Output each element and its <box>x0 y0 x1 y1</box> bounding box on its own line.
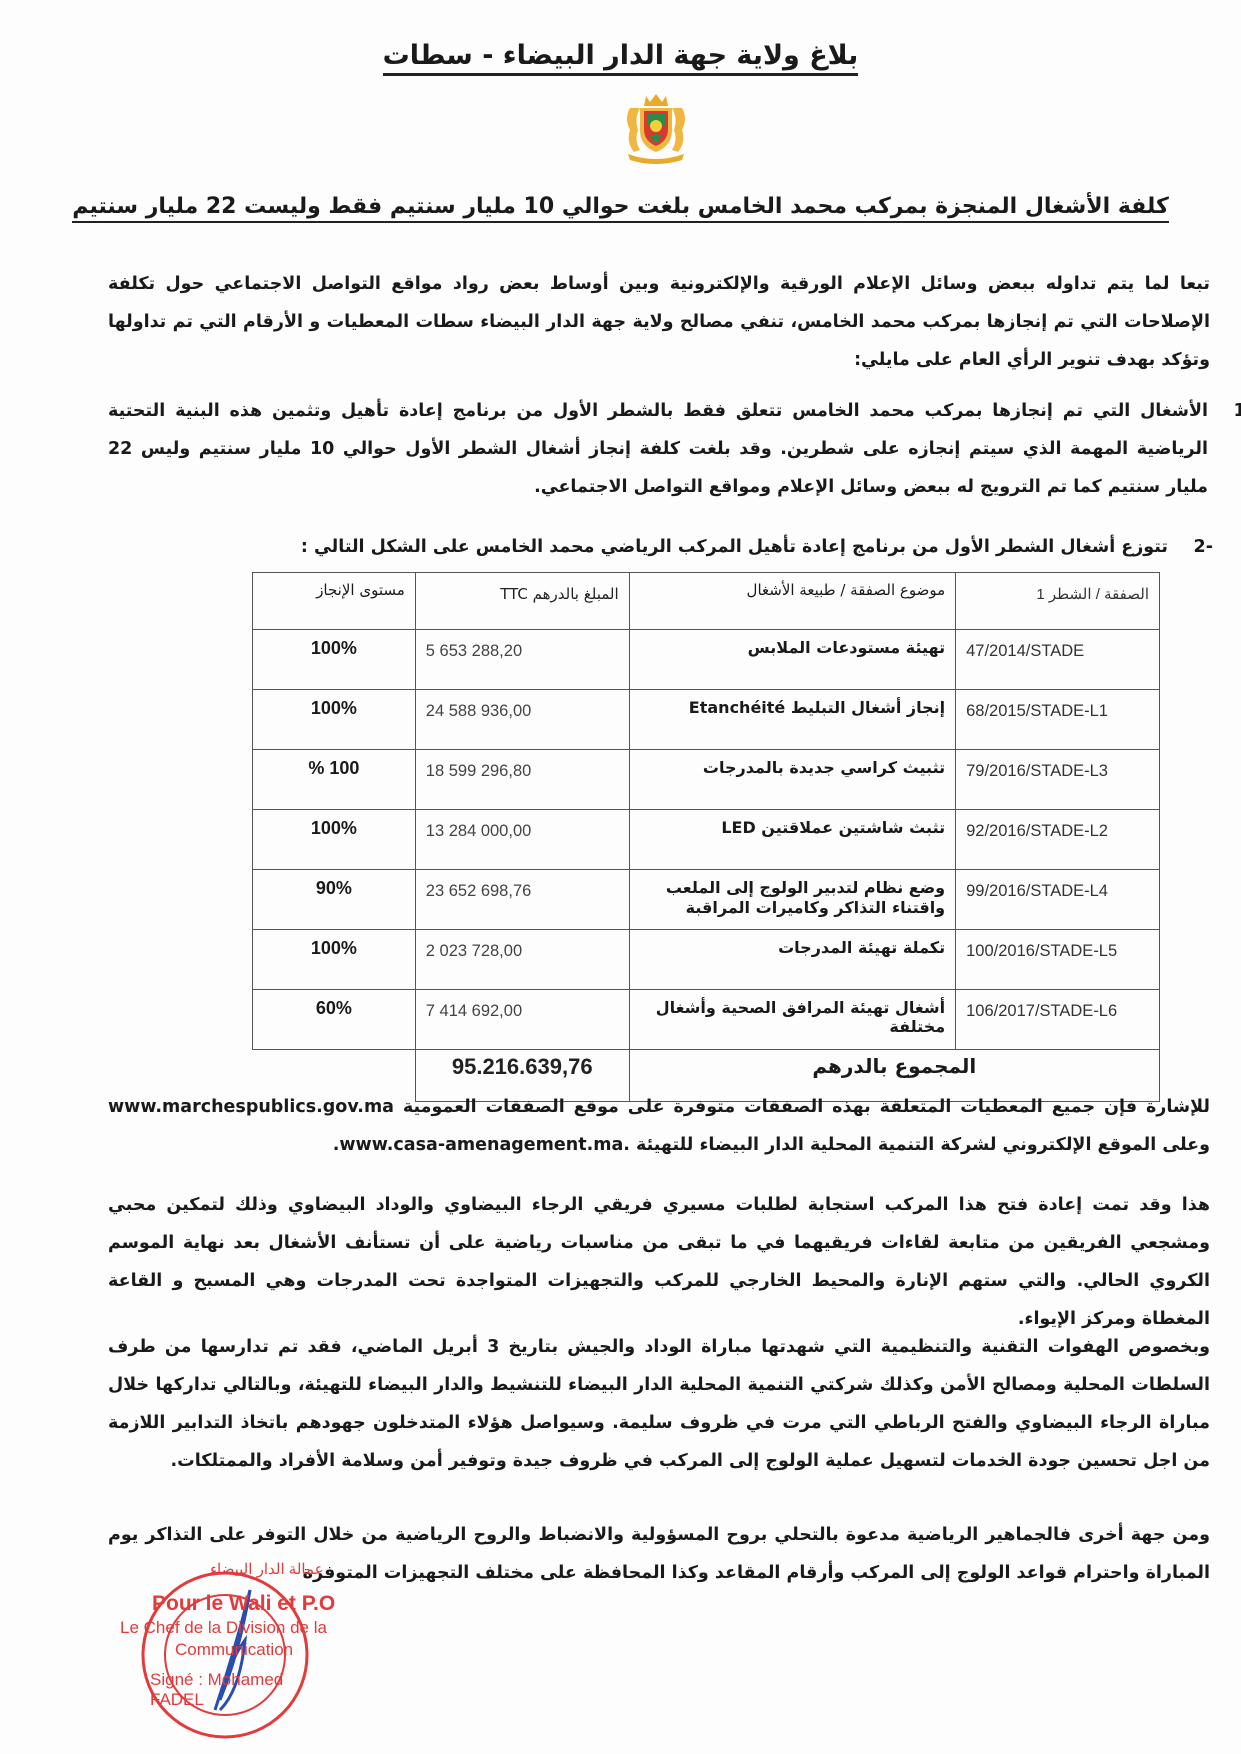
cell-progress: 60% <box>253 990 416 1050</box>
cell-subject: أشغال تهيئة المرافق الصحية وأشغال مختلفة <box>629 990 955 1050</box>
cell-subject: تثبيث كراسي جديدة بالمدرجات <box>629 750 955 810</box>
cell-subject: تكملة تهيئة المدرجات <box>629 930 955 990</box>
organization-paragraph: وبخصوص الهفوات التقنية والتنظيمية التي ش… <box>108 1328 1210 1480</box>
header-ref: الصفقة / الشطر 1 <box>956 573 1160 630</box>
table-row: 47/2014/STADE تهيئة مستودعات الملابس 5 6… <box>253 630 1160 690</box>
point-1-text: الأشغال التي تم إنجازها بمركب محمد الخام… <box>108 401 1208 497</box>
cell-amount: 13 284 000,00 <box>415 810 629 870</box>
cell-progress: 100% <box>253 630 416 690</box>
cell-progress: 100 % <box>253 750 416 810</box>
document-subtitle: كلفة الأشغال المنجزة بمركب محمد الخامس ب… <box>0 194 1241 219</box>
point-2-number: -2 <box>1194 528 1213 566</box>
official-stamp: عمالة الدار البيضاء Pour le Wali et P.O … <box>120 1560 340 1750</box>
document-subtitle-text: كلفة الأشغال المنجزة بمركب محمد الخامس ب… <box>72 194 1169 223</box>
table-row: 79/2016/STADE-L3 تثبيث كراسي جديدة بالمد… <box>253 750 1160 810</box>
cell-subject: إنجاز أشغال التبليط Etanchéité <box>629 690 955 750</box>
cell-progress: 90% <box>253 870 416 930</box>
cell-subject: وضع نظام لتدبير الولوج إلى الملعب واقتنا… <box>629 870 955 930</box>
header-progress: مستوى الإنجاز <box>253 573 416 630</box>
cell-ref: 68/2015/STADE-L1 <box>956 690 1160 750</box>
table-row: 68/2015/STADE-L1 إنجاز أشغال التبليط Eta… <box>253 690 1160 750</box>
point-1-number: -1 <box>1234 392 1241 430</box>
document-title: بلاغ ولاية جهة الدار البيضاء - سطات <box>0 40 1241 71</box>
header-subject: موضوع الصفقة / طبيعة الأشغال <box>629 573 955 630</box>
cell-amount: 2 023 728,00 <box>415 930 629 990</box>
point-1: -1 الأشغال التي تم إنجازها بمركب محمد ال… <box>108 392 1208 506</box>
document-title-text: بلاغ ولاية جهة الدار البيضاء - سطات <box>383 40 859 76</box>
header-amount: المبلغ بالدرهم TTC <box>415 573 629 630</box>
intro-paragraph: تبعا لما يتم تداوله ببعض وسائل الإعلام ا… <box>108 265 1210 379</box>
coat-of-arms-icon <box>616 88 696 168</box>
table-row: 92/2016/STADE-L2 تثبث شاشتين عملاقتين LE… <box>253 810 1160 870</box>
stamp-line-1: Pour le Wali et P.O <box>152 1592 335 1616</box>
table-row: 106/2017/STADE-L6 أشغال تهيئة المرافق ال… <box>253 990 1160 1050</box>
cell-amount: 7 414 692,00 <box>415 990 629 1050</box>
stamp-line-2: Le Chef de la Division de la <box>120 1618 327 1638</box>
cell-ref: 106/2017/STADE-L6 <box>956 990 1160 1050</box>
point-2: -2 تتوزع أشغال الشطر الأول من برنامج إعا… <box>108 528 1168 566</box>
cell-ref: 92/2016/STADE-L2 <box>956 810 1160 870</box>
table-row: 99/2016/STADE-L4 وضع نظام لتدبير الولوج … <box>253 870 1160 930</box>
reopening-paragraph: هذا وقد تمت إعادة فتح هذا المركب استجابة… <box>108 1186 1210 1338</box>
press-release-page: بلاغ ولاية جهة الدار البيضاء - سطات كلفة… <box>0 0 1241 1754</box>
table-header-row: الصفقة / الشطر 1 موضوع الصفقة / طبيعة ال… <box>253 573 1160 630</box>
cell-ref: 47/2014/STADE <box>956 630 1160 690</box>
stamp-line-3: Communication <box>175 1640 293 1660</box>
works-table: الصفقة / الشطر 1 موضوع الصفقة / طبيعة ال… <box>252 572 1160 1102</box>
cell-ref: 79/2016/STADE-L3 <box>956 750 1160 810</box>
stamp-ring-text: عمالة الدار البيضاء <box>210 1560 324 1578</box>
table-row: 100/2016/STADE-L5 تكملة تهيئة المدرجات 2… <box>253 930 1160 990</box>
cell-ref: 99/2016/STADE-L4 <box>956 870 1160 930</box>
point-2-text: تتوزع أشغال الشطر الأول من برنامج إعادة … <box>301 537 1168 557</box>
note-paragraph: للإشارة فإن جميع المعطيات المتعلقة بهذه … <box>108 1088 1210 1164</box>
cell-progress: 100% <box>253 810 416 870</box>
stamp-line-4: Signé : Mohamed FADEL <box>150 1670 340 1710</box>
cell-progress: 100% <box>253 690 416 750</box>
cell-subject: تهيئة مستودعات الملابس <box>629 630 955 690</box>
cell-progress: 100% <box>253 930 416 990</box>
cell-ref: 100/2016/STADE-L5 <box>956 930 1160 990</box>
cell-amount: 24 588 936,00 <box>415 690 629 750</box>
cell-subject: تثبث شاشتين عملاقتين LED <box>629 810 955 870</box>
cell-amount: 5 653 288,20 <box>415 630 629 690</box>
cell-amount: 23 652 698,76 <box>415 870 629 930</box>
cell-amount: 18 599 296,80 <box>415 750 629 810</box>
